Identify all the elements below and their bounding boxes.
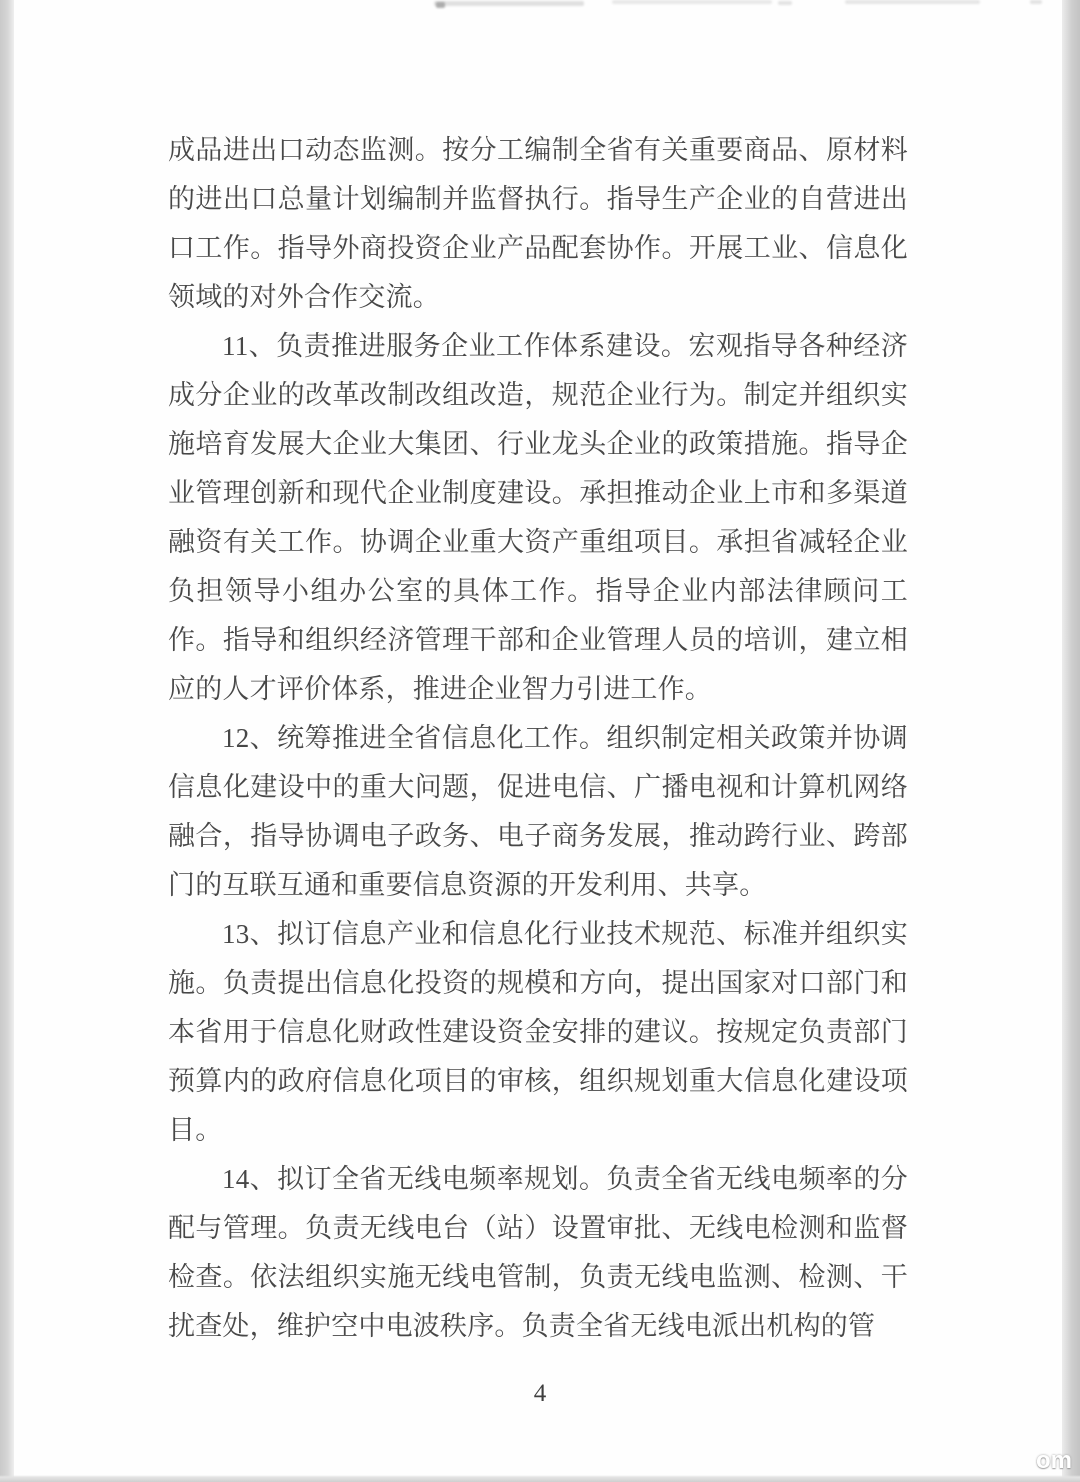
paragraph-item-13: 13、拟订信息产业和信息化行业技术规范、标准并组织实施。负责提出信息化投资的规模… xyxy=(168,910,908,1155)
document-text-block: 成品进出口动态监测。按分工编制全省有关重要商品、原材料的进出口总量计划编制并监督… xyxy=(168,126,908,1351)
scan-smudge xyxy=(778,1,792,5)
paragraph-item-11: 11、负责推进服务企业工作体系建设。宏观指导各种经济成分企业的改革改制改组改造，… xyxy=(168,322,908,714)
scan-edge-left-shadow xyxy=(0,0,14,1482)
scan-edge-right-shadow xyxy=(1062,0,1080,1482)
scanned-document-page: { "page": { "page_number": "4", "waterma… xyxy=(0,0,1080,1482)
page-number: 4 xyxy=(0,1380,1080,1408)
watermark-fragment: om xyxy=(1036,1447,1072,1475)
scan-smudge xyxy=(436,2,445,8)
scan-smudge xyxy=(612,0,772,4)
paragraph-item-12: 12、统筹推进全省信息化工作。组织制定相关政策并协调信息化建设中的重大问题，促进… xyxy=(168,714,908,910)
scan-smudge xyxy=(434,1,584,6)
paragraph-item-14: 14、拟订全省无线电频率规划。负责全省无线电频率的分配与管理。负责无线电台（站）… xyxy=(168,1155,908,1351)
scan-smudge xyxy=(845,0,980,4)
paragraph-continuation: 成品进出口动态监测。按分工编制全省有关重要商品、原材料的进出口总量计划编制并监督… xyxy=(168,126,908,322)
scan-edge-bottom-shadow xyxy=(0,1475,1080,1482)
scan-smudge xyxy=(1030,0,1042,4)
